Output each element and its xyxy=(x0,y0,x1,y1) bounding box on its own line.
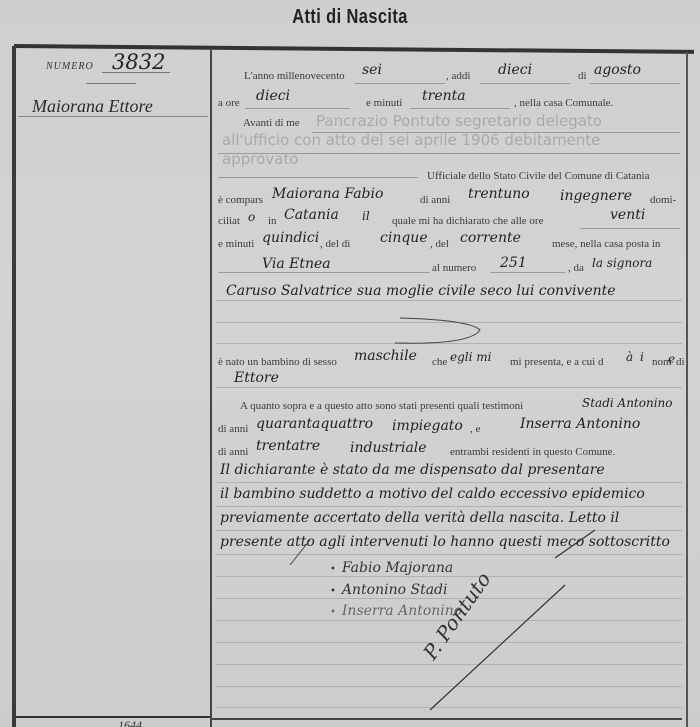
birth-record-page: Atti di Nascita NUMERO 3832 Maiorana Ett… xyxy=(0,0,700,727)
pen-strokes xyxy=(0,0,700,727)
